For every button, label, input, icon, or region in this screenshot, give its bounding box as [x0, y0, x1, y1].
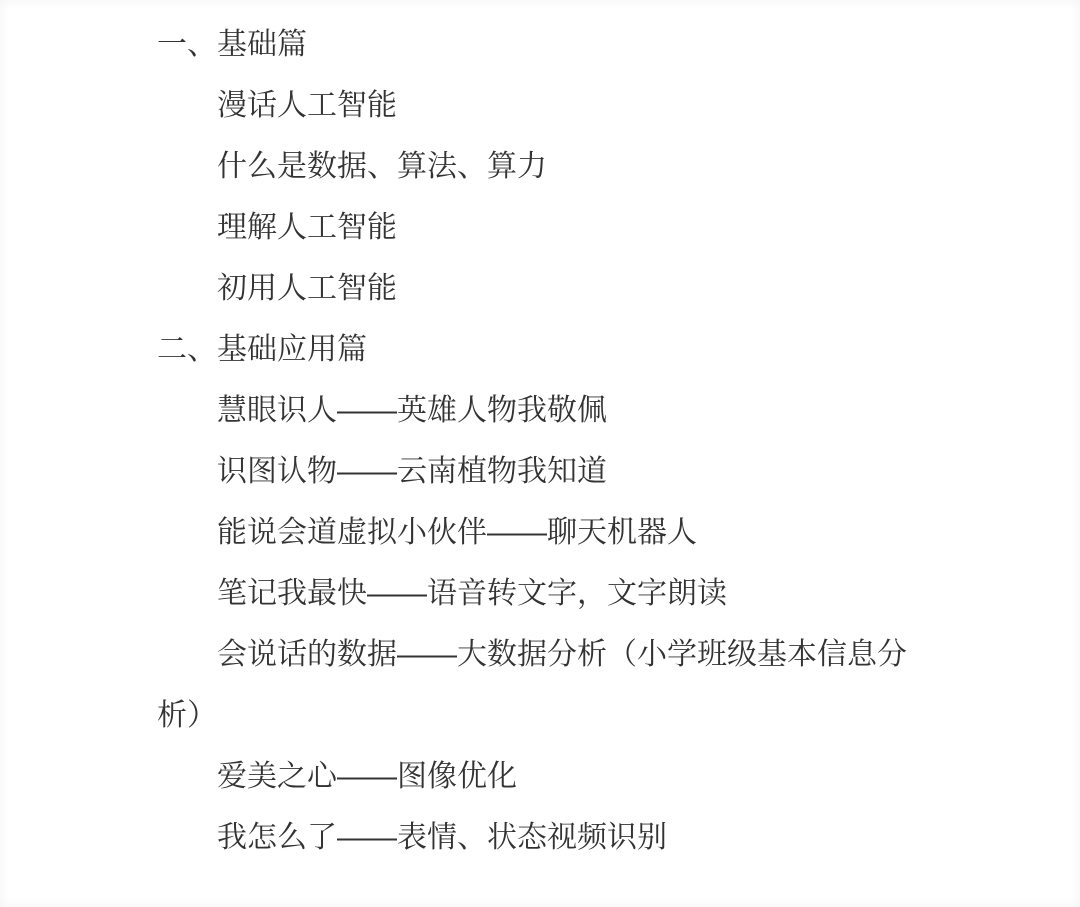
toc-item: 爱美之心——图像优化 [157, 746, 909, 807]
toc-item: 识图认物——云南植物我知道 [157, 441, 909, 502]
toc-item: 会说话的数据——大数据分析（小学班级基本信息分析） [157, 624, 909, 746]
toc-item: 慧眼识人——英雄人物我敬佩 [157, 380, 909, 441]
toc-content: 一、基础篇漫话人工智能什么是数据、算法、算力理解人工智能初用人工智能二、基础应用… [0, 0, 909, 868]
toc-item: 漫话人工智能 [157, 75, 909, 136]
toc-item: 能说会道虚拟小伙伴——聊天机器人 [157, 502, 909, 563]
toc-item: 笔记我最快——语音转文字，文字朗读 [157, 563, 909, 624]
toc-section-heading: 一、基础篇 [157, 14, 909, 75]
document-page: 一、基础篇漫话人工智能什么是数据、算法、算力理解人工智能初用人工智能二、基础应用… [0, 0, 1080, 907]
toc-item: 理解人工智能 [157, 197, 909, 258]
toc-section-heading: 二、基础应用篇 [157, 319, 909, 380]
toc-item: 什么是数据、算法、算力 [157, 136, 909, 197]
toc-item: 初用人工智能 [157, 258, 909, 319]
toc-item: 我怎么了——表情、状态视频识别 [157, 807, 909, 868]
